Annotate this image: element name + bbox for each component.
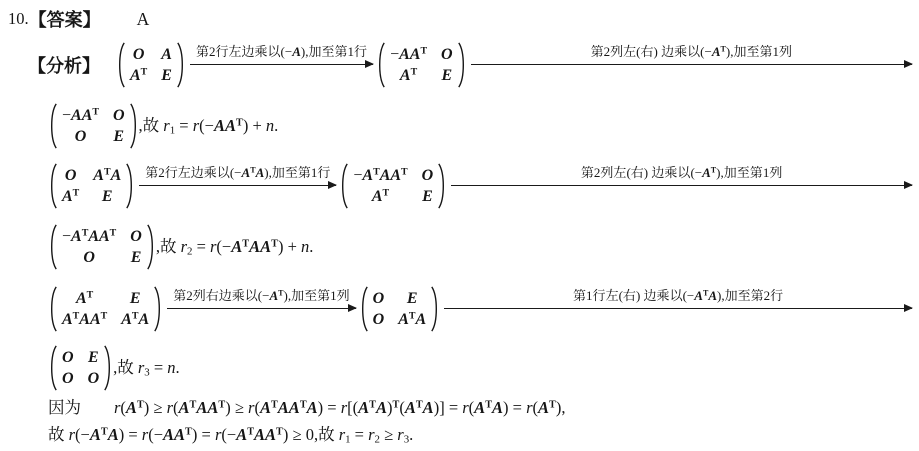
transform-arrow: 第1行左(右) 边乘以(−ATA),加至第2行 — [444, 287, 912, 309]
matrix-entries: OATAATE — [57, 163, 126, 209]
block-matrix: −AATOOE — [49, 103, 138, 149]
matrix-entry: O — [422, 166, 434, 185]
matrix-entry: E — [130, 289, 141, 308]
left-paren-icon — [377, 42, 385, 88]
arrow-line-icon — [190, 64, 373, 65]
right-paren-icon — [147, 224, 155, 270]
right-paren-icon — [154, 286, 162, 332]
right-paren-icon — [177, 42, 185, 88]
transform-arrow: 第2列右边乘以(−AT),加至第1列 — [167, 287, 355, 309]
math-text: 因为 r(AT) ≥ r(ATAAT) ≥ r(ATAATA) = r[(ATA… — [48, 397, 565, 418]
matrix-entry: AT — [372, 187, 389, 206]
matrix-entry: AT — [62, 187, 79, 206]
derivation-content: 因为 r(AT) ≥ r(ATAAT) ≥ r(ATAATA) = r[(ATA… — [48, 397, 915, 418]
matrix-entries: −ATAATOATE — [348, 163, 438, 209]
matrix-entry: E — [102, 187, 113, 206]
conclusion-line-2: 故 r(−ATA) = r(−AAT) = r(−ATAAT) ≥ 0,故 r1… — [8, 422, 915, 448]
matrix-entry: −AAT — [390, 45, 427, 64]
left-paren-icon — [340, 163, 348, 209]
right-paren-icon — [104, 345, 112, 391]
right-paren-icon — [431, 286, 439, 332]
left-paren-icon — [49, 103, 57, 149]
left-paren-icon — [117, 42, 125, 88]
transform-arrow: 第2列左(右) 边乘以(−AT),加至第1列 — [451, 164, 912, 186]
derivation-content: −ATAATOOE,故 r2 = r(−ATAAT) + n. — [48, 224, 915, 270]
matrix-entry: ATAAT — [62, 310, 107, 329]
matrix-entry: −AAT — [62, 106, 99, 125]
derivation-line-2: −AATOOE,故 r1 = r(−AAT) + n. — [8, 98, 915, 154]
arrow-line-icon — [167, 308, 355, 309]
matrix-entry: O — [373, 310, 385, 329]
arrow-line-icon — [471, 64, 912, 65]
matrix-entry: O — [113, 106, 125, 125]
block-matrix: ATEATAATATA — [49, 286, 162, 332]
matrix-entry: ATA — [398, 310, 426, 329]
matrix-entries: OEOATA — [368, 286, 432, 332]
matrix-entry: O — [373, 289, 385, 308]
arrow-label: 第2列左(右) 边乘以(−AT),加至第1列 — [585, 43, 798, 64]
matrix-entry: E — [113, 127, 124, 146]
derivation-line-5: ATEATAATATA第2列右边乘以(−AT),加至第1列OEOATA第1行左(… — [8, 276, 915, 342]
derivation-content: OAATE第2行左边乘以(−A),加至第1行−AATOATE第2列左(右) 边乘… — [116, 42, 915, 88]
arrow-label: 第2行左边乘以(−ATA),加至第1行 — [139, 164, 336, 185]
math-text: ,故 r1 = r(−AAT) + n. — [139, 115, 279, 136]
matrix-entry: −ATAAT — [62, 227, 116, 246]
block-matrix: OEOO — [49, 345, 112, 391]
matrix-entry: O — [75, 127, 87, 146]
derivation-content: ATEATAATATA第2列右边乘以(−AT),加至第1列OEOATA第1行左(… — [48, 286, 915, 332]
answer-value: A — [137, 9, 150, 30]
arrow-line-icon — [444, 308, 912, 309]
math-text: ,故 r2 = r(−ATAAT) + n. — [156, 236, 314, 257]
left-paren-icon — [49, 224, 57, 270]
block-matrix: OATAATE — [49, 163, 134, 209]
left-paren-icon — [49, 286, 57, 332]
matrix-entry: AT — [130, 66, 147, 85]
arrow-label: 第2列左(右) 边乘以(−AT),加至第1列 — [575, 164, 788, 185]
solution-document: 10.【答案】 A 【分析】 OAATE第2行左边乘以(−A),加至第1行−AA… — [8, 4, 915, 448]
matrix-entry: E — [88, 348, 99, 367]
derivation-line-6: OEOO,故 r3 = n. — [8, 342, 915, 394]
derivation-content: OEOO,故 r3 = n. — [48, 345, 915, 391]
matrix-entry: A — [161, 45, 172, 64]
derivation-content: 故 r(−ATA) = r(−AAT) = r(−ATAAT) ≥ 0,故 r1… — [48, 424, 915, 445]
analysis-label: 【分析】 — [28, 52, 100, 78]
matrix-entries: −ATAATOOE — [57, 224, 147, 270]
block-matrix: OAATE — [117, 42, 185, 88]
left-paren-icon — [49, 345, 57, 391]
matrix-entry: E — [131, 248, 142, 267]
right-paren-icon — [438, 163, 446, 209]
matrix-entry: O — [130, 227, 142, 246]
block-matrix: OEOATA — [360, 286, 440, 332]
matrix-entry: O — [441, 45, 453, 64]
matrix-entry: ATA — [93, 166, 121, 185]
answer-row: 10.【答案】 A — [8, 4, 915, 32]
matrix-entries: −AATOATE — [385, 42, 458, 88]
matrix-entry: O — [133, 45, 145, 64]
matrix-entries: OAATE — [125, 42, 177, 88]
matrix-entry: E — [407, 289, 418, 308]
arrow-line-icon — [139, 185, 336, 186]
math-text: ,故 r3 = n. — [113, 357, 180, 378]
matrix-entry: AT — [400, 66, 417, 85]
right-paren-icon — [126, 163, 134, 209]
matrix-entries: −AATOOE — [57, 103, 130, 149]
derivation-content: −AATOOE,故 r1 = r(−AAT) + n. — [48, 103, 915, 149]
left-paren-icon — [49, 163, 57, 209]
answer-label: 【答案】 — [29, 6, 101, 32]
transform-arrow: 第2行左边乘以(−A),加至第1行 — [190, 43, 373, 65]
derivation-content: OATAATE第2行左边乘以(−ATA),加至第1行−ATAATOATE第2列左… — [48, 163, 915, 209]
matrix-entry: E — [161, 66, 172, 85]
matrix-entry: −ATAAT — [353, 166, 407, 185]
matrix-entry: E — [441, 66, 452, 85]
right-paren-icon — [130, 103, 138, 149]
derivation-line-4: −ATAATOOE,故 r2 = r(−ATAAT) + n. — [8, 218, 915, 276]
matrix-entry: O — [88, 369, 100, 388]
matrix-entry: O — [62, 348, 74, 367]
matrix-entry: ATA — [121, 310, 149, 329]
transform-arrow: 第2行左边乘以(−ATA),加至第1行 — [139, 164, 336, 186]
arrow-label: 第1行左(右) 边乘以(−ATA),加至第2行 — [567, 287, 789, 308]
right-paren-icon — [458, 42, 466, 88]
math-text: 故 r(−ATA) = r(−AAT) = r(−ATAAT) ≥ 0,故 r1… — [48, 424, 413, 445]
arrow-label: 第2列右边乘以(−AT),加至第1列 — [167, 287, 355, 308]
matrix-entry: O — [83, 248, 95, 267]
matrix-entries: ATEATAATATA — [57, 286, 154, 332]
block-matrix: −AATOATE — [377, 42, 466, 88]
matrix-entries: OEOO — [57, 345, 104, 391]
block-matrix: −ATAATOATE — [340, 163, 446, 209]
left-paren-icon — [360, 286, 368, 332]
derivation-line-3: OATAATE第2行左边乘以(−ATA),加至第1行−ATAATOATE第2列左… — [8, 154, 915, 218]
matrix-entry: O — [62, 369, 74, 388]
problem-number: 10. — [8, 9, 29, 29]
conclusion-line-1: 因为 r(AT) ≥ r(ATAAT) ≥ r(ATAATA) = r[(ATA… — [8, 394, 915, 422]
arrow-label: 第2行左边乘以(−A),加至第1行 — [190, 43, 373, 64]
matrix-entry: O — [65, 166, 77, 185]
derivation-line-1: 【分析】 OAATE第2行左边乘以(−A),加至第1行−AATOATE第2列左(… — [8, 32, 915, 98]
arrow-line-icon — [451, 185, 912, 186]
transform-arrow: 第2列左(右) 边乘以(−AT),加至第1列 — [471, 43, 912, 65]
matrix-entry: E — [422, 187, 433, 206]
matrix-entry: AT — [76, 289, 93, 308]
block-matrix: −ATAATOOE — [49, 224, 155, 270]
